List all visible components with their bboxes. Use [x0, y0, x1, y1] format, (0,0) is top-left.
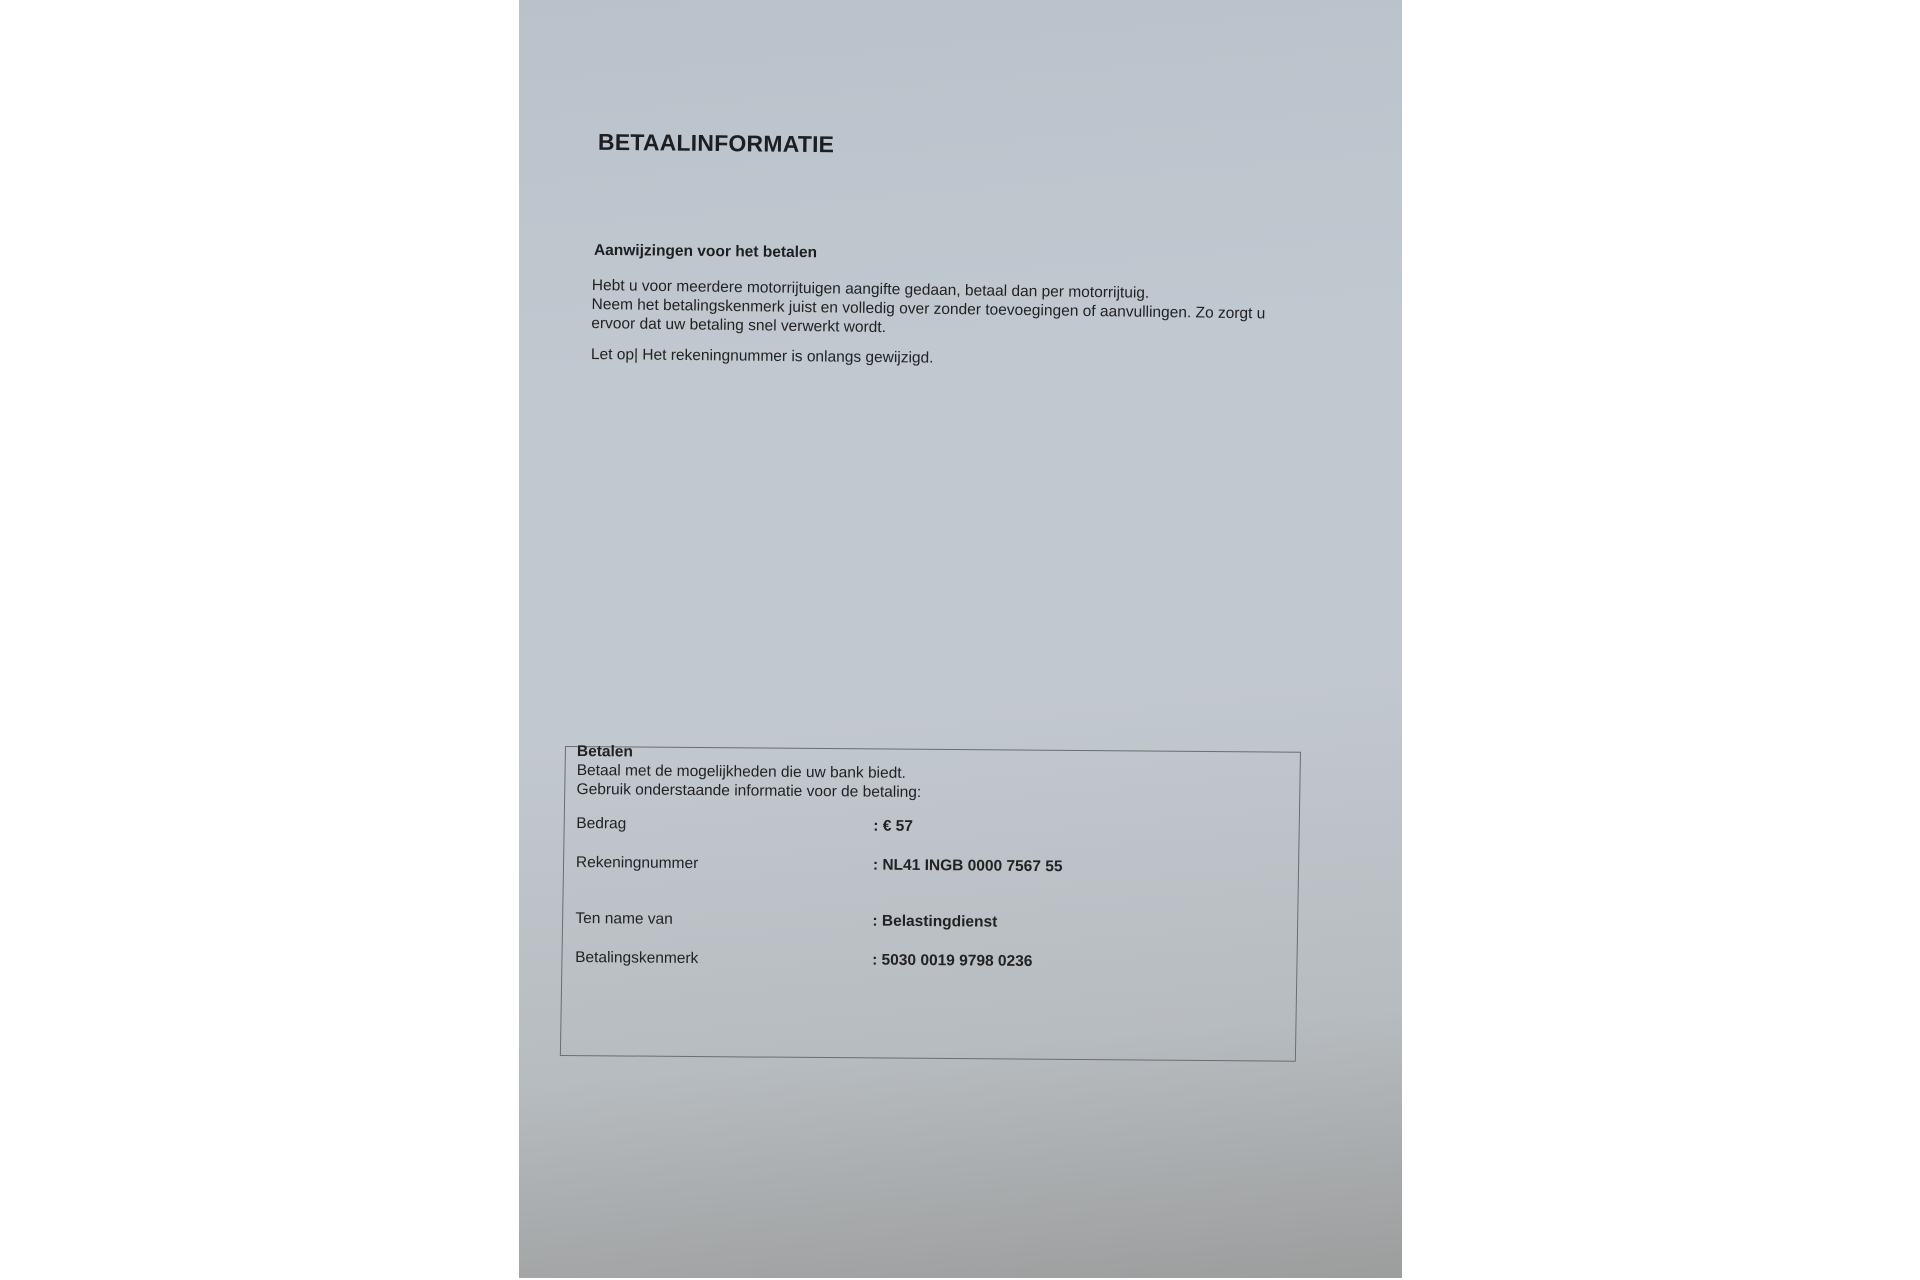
- account-change-note: Let op| Het rekeningnummer is onlangs ge…: [591, 346, 934, 368]
- payment-row-account: Rekeningnummer : NL41 INGB 0000 7567 55: [576, 854, 1296, 860]
- instructions-paragraph: Hebt u voor meerdere motorrijtuigen aang…: [591, 276, 1312, 343]
- instructions-heading: Aanwijzingen voor het betalen: [594, 242, 817, 262]
- row-label: Ten name van: [575, 910, 673, 929]
- paper-page: BETAALINFORMATIE Aanwijzingen voor het b…: [519, 0, 1402, 1278]
- row-label: Bedrag: [576, 815, 626, 833]
- payment-row-reference: Betalingskenmerk : 5030 0019 9798 0236: [575, 949, 1295, 955]
- row-value: : 5030 0019 9798 0236: [872, 952, 1032, 971]
- row-value: : NL41 INGB 0000 7567 55: [873, 857, 1063, 877]
- payment-row-amount: Bedrag : € 57: [576, 815, 1296, 821]
- row-value: : Belastingdienst: [872, 913, 997, 932]
- row-label: Betalingskenmerk: [575, 949, 698, 968]
- row-label: Rekeningnummer: [576, 854, 698, 873]
- payment-box: Betalen Betaal met de mogelijkheden die …: [577, 742, 1297, 999]
- payment-row-recipient: Ten name van : Belastingdienst: [576, 910, 1296, 916]
- row-value: : € 57: [873, 818, 913, 836]
- page-title: BETAALINFORMATIE: [598, 129, 834, 158]
